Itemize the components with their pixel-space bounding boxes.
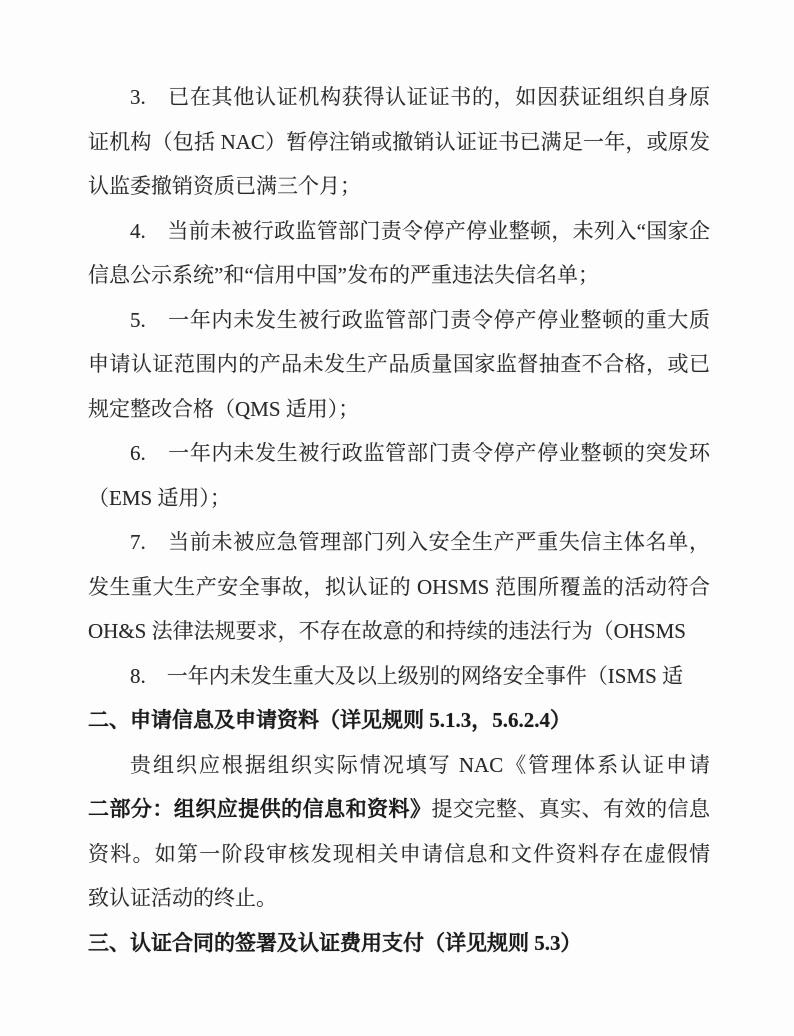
document-line: 认监委撤销资质已满三个月； [88, 164, 710, 209]
document-line: 资料。如第一阶段审核发现相关申请信息和文件资料存在虚假情况，将导 [88, 832, 710, 877]
document-line: 申请认证范围内的产品未发生产品质量国家监督抽查不合格，或已按相关 [88, 342, 710, 387]
text-segment: 贵组织应根据组织实际情况填写 NAC《管理体系认证申请书》，并按 [88, 753, 710, 788]
text-segment: 规定整改合格（QMS 适用）； [88, 397, 359, 421]
document-line: （EMS 适用）； [88, 476, 710, 521]
text-segment: OH&S 法律法规要求，不存在故意的和持续的违法行为（OHSMS 适用）； [88, 619, 691, 654]
section-heading: 三、认证合同的签署及认证费用支付（详见规则 5.3） [88, 921, 710, 966]
text-segment: 资料。如第一阶段审核发现相关申请信息和文件资料存在虚假情况，将导 [88, 842, 710, 877]
document-line: 6. 一年内未发生被行政监管部门责令停产停业整顿的突发环境事件 [88, 431, 710, 476]
text-segment: 二部分：组织应提供的信息和资料》 [88, 797, 431, 821]
document-line: 信息公示系统”和“信用中国”发布的严重违法失信名单； [88, 253, 710, 298]
text-segment: 证机构（包括 NAC）暂停注销或撤销认证证书已满足一年，或原发证机构被 [88, 130, 710, 165]
text-segment: 发生重大生产安全事故，拟认证的 OHSMS 范围所覆盖的活动符合相关 [88, 575, 710, 610]
text-segment: 8. 一年内未发生重大及以上级别的网络安全事件（ISMS 适用）。 [88, 664, 683, 699]
document-line: 贵组织应根据组织实际情况填写 NAC《管理体系认证申请书》，并按《第 [88, 743, 710, 788]
document-line: 7. 当前未被应急管理部门列入安全生产严重失信主体名单，一年内未 [88, 520, 710, 565]
document-line: 4. 当前未被行政监管部门责令停产停业整顿，未列入“国家企业信用 [88, 209, 710, 254]
document-body: 3. 已在其他认证机构获得认证证书的，如因获证组织自身原因被原发证机构（包括 N… [88, 75, 710, 965]
text-segment: （EMS 适用）； [88, 486, 231, 510]
text-segment: 信息公示系统”和“信用中国”发布的严重违法失信名单； [88, 263, 599, 287]
document-line: 致认证活动的终止。 [88, 876, 710, 921]
document-line: OH&S 法律法规要求，不存在故意的和持续的违法行为（OHSMS 适用）； [88, 609, 710, 654]
text-segment: 4. 当前未被行政监管部门责令停产停业整顿，未列入“国家企业信用 [88, 219, 710, 254]
text-segment: 7. 当前未被应急管理部门列入安全生产严重失信主体名单，一年内未 [88, 530, 710, 565]
document-line: 3. 已在其他认证机构获得认证证书的，如因获证组织自身原因被原发 [88, 75, 710, 120]
text-segment: 3. 已在其他认证机构获得认证证书的，如因获证组织自身原因被原发 [88, 85, 710, 120]
document-line: 证机构（包括 NAC）暂停注销或撤销认证证书已满足一年，或原发证机构被 [88, 120, 710, 165]
document-line: 二部分：组织应提供的信息和资料》提交完整、真实、有效的信息及文件 [88, 787, 710, 832]
text-segment: 致认证活动的终止。 [88, 886, 277, 910]
document-line: 发生重大生产安全事故，拟认证的 OHSMS 范围所覆盖的活动符合相关 [88, 565, 710, 610]
text-segment: 三、认证合同的签署及认证费用支付（详见规则 5.3） [88, 931, 582, 955]
text-segment: 二、申请信息及申请资料（详见规则 5.1.3，5.6.2.4） [88, 708, 571, 732]
text-segment: 申请认证范围内的产品未发生产品质量国家监督抽查不合格，或已按相关 [88, 352, 710, 387]
section-heading: 二、申请信息及申请资料（详见规则 5.1.3，5.6.2.4） [88, 698, 710, 743]
document-page: 3. 已在其他认证机构获得认证证书的，如因获证组织自身原因被原发证机构（包括 N… [0, 0, 794, 1036]
document-line: 规定整改合格（QMS 适用）； [88, 387, 710, 432]
text-segment: 6. 一年内未发生被行政监管部门责令停产停业整顿的突发环境事件 [88, 441, 710, 476]
document-line: 5. 一年内未发生被行政监管部门责令停产停业整顿的重大质量事故， [88, 298, 710, 343]
text-segment: 认监委撤销资质已满三个月； [88, 174, 361, 198]
document-line: 8. 一年内未发生重大及以上级别的网络安全事件（ISMS 适用）。 [88, 654, 710, 699]
text-segment: 5. 一年内未发生被行政监管部门责令停产停业整顿的重大质量事故， [88, 308, 710, 343]
